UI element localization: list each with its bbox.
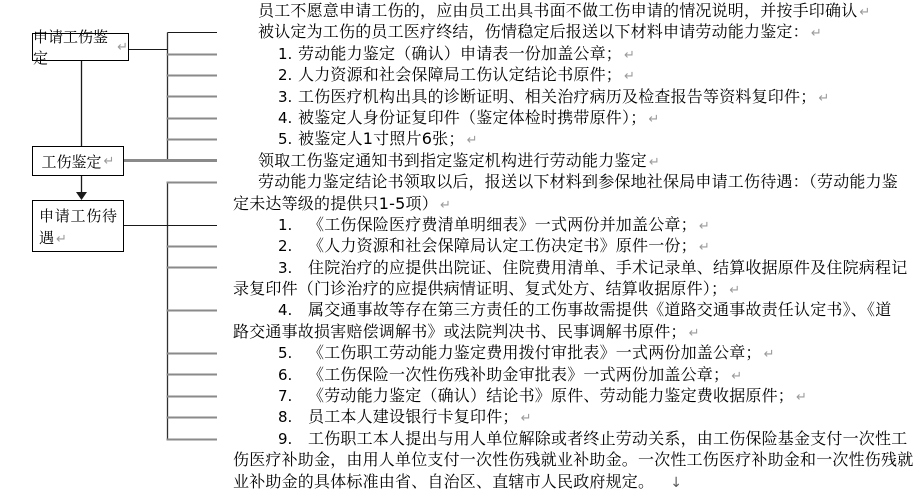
box-label: 申请工伤待遇 bbox=[39, 207, 117, 247]
text-line: 2.《人力资源和社会保障局认定工伤决定书》原件一份；↵ bbox=[233, 235, 916, 256]
paragraph-mark: ↵ bbox=[699, 240, 710, 255]
text-line: 业补助金的具体标准由省、自治区、直辖市人民政府规定。↓ bbox=[233, 471, 916, 492]
line-text: 劳动能力鉴定（确认）申请表一份加盖公章； bbox=[298, 44, 622, 63]
list-number: 1. bbox=[278, 215, 308, 236]
line-text: 《人力资源和社会保障局认定工伤决定书》原件一份； bbox=[308, 236, 697, 255]
text-line: 9.工伤职工本人提出与用人单位解除或者终止劳动关系，由工伤保险基金支付一次性工 bbox=[233, 428, 916, 449]
end-of-text-arrow: ↓ bbox=[670, 475, 682, 491]
text-line: 录复印件（门诊治疗的应提供病情证明、复式处方、结算收据原件）；↵ bbox=[233, 278, 916, 299]
line-text: 人力资源和社会保障局工伤认定结论书原件； bbox=[298, 65, 622, 84]
paragraph-mark: ↵ bbox=[440, 198, 451, 213]
text-line: 4.被鉴定人身份证复印件（鉴定体检时携带原件）；↵ bbox=[233, 107, 916, 128]
paragraph-mark: ↵ bbox=[764, 347, 775, 362]
paragraph-mark: ↵ bbox=[467, 133, 478, 148]
text-line: 3.工伤医疗机构出具的诊断证明、相关治疗病历及检查报告等资料复印件；↵ bbox=[233, 86, 916, 107]
paragraph-mark: ↵ bbox=[689, 326, 700, 341]
paragraph-mark: ↵ bbox=[521, 411, 532, 426]
line-text: 《劳动能力鉴定（确认）结论书》原件、劳动能力鉴定费收据原件； bbox=[308, 386, 794, 405]
line-text: 住院治疗的应提供出院证、住院费用清单、手术记录单、结算收据原件及住院病程记 bbox=[308, 258, 907, 277]
text-line: 5.被鉴定人1寸照片6张；↵ bbox=[233, 128, 916, 149]
document-page: 申请工伤鉴定↵ 工伤鉴定↵ 申请工伤待遇↵ 员工不愿意申请工伤的，应由员工出具书… bbox=[0, 0, 916, 497]
paragraph-mark: ↵ bbox=[104, 154, 115, 169]
line-text: 工伤医疗机构出具的诊断证明、相关治疗病历及检查报告等资料复印件； bbox=[298, 87, 816, 106]
flowchart-box-apply-injury-benefits: 申请工伤待遇↵ bbox=[32, 200, 124, 252]
line-text: 劳动能力鉴定结论书领取以后，报送以下材料到参保地社保局申请工伤待遇：（劳动能力鉴 bbox=[258, 172, 898, 191]
list-number: 7. bbox=[278, 386, 308, 407]
paragraph-mark: ↵ bbox=[624, 69, 635, 84]
text-line: 1.劳动能力鉴定（确认）申请表一份加盖公章；↵ bbox=[233, 43, 916, 64]
list-number: 5. bbox=[278, 129, 298, 150]
line-text: 被鉴定人1寸照片6张； bbox=[298, 129, 465, 148]
paragraph-mark: ↵ bbox=[699, 219, 710, 234]
line-text: 《工伤职工劳动能力鉴定费用拨付审批表》一式两份加盖公章； bbox=[308, 343, 762, 362]
text-line: 路交通事故损害赔偿调解书》或法院判决书、民事调解书原件；↵ bbox=[233, 321, 916, 342]
flowchart-box-apply-injury-assessment: 申请工伤鉴定↵ bbox=[32, 33, 129, 61]
text-line: 2.人力资源和社会保障局工伤认定结论书原件；↵ bbox=[233, 64, 916, 85]
paragraph-mark: ↵ bbox=[859, 5, 870, 20]
text-line: 伤医疗补助金，由用人单位支付一次性伤残就业补助金。一次性工伤医疗补助金和一次性伤… bbox=[233, 449, 916, 470]
text-line: 劳动能力鉴定结论书领取以后，报送以下材料到参保地社保局申请工伤待遇：（劳动能力鉴 bbox=[233, 171, 916, 192]
line-text: 录复印件（门诊治疗的应提供病情证明、复式处方、结算收据原件）； bbox=[233, 279, 727, 298]
box-label: 申请工伤鉴定 bbox=[33, 26, 115, 68]
line-text: 被鉴定人身份证复印件（鉴定体检时携带原件）； bbox=[298, 108, 646, 127]
text-line: 7.《劳动能力鉴定（确认）结论书》原件、劳动能力鉴定费收据原件；↵ bbox=[233, 385, 916, 406]
paragraph-mark: ↵ bbox=[818, 91, 829, 106]
list-number: 3. bbox=[278, 87, 298, 108]
paragraph-mark: ↵ bbox=[56, 232, 67, 247]
line-text: 业补助金的具体标准由省、自治区、直辖市人民政府规定。 bbox=[233, 472, 654, 491]
line-text: 员工本人建设银行卡复印件； bbox=[308, 407, 519, 426]
line-text: 被认定为工伤的员工医疗终结，伤情稳定后报送以下材料申请劳动能力鉴定： bbox=[258, 22, 809, 41]
list-number: 5. bbox=[278, 343, 308, 364]
paragraph-mark: ↵ bbox=[648, 112, 659, 127]
text-line: 被认定为工伤的员工医疗终结，伤情稳定后报送以下材料申请劳动能力鉴定：↵ bbox=[233, 21, 916, 42]
list-number: 2. bbox=[278, 65, 298, 86]
procedure-text-block: 员工不愿意申请工伤的，应由员工出具书面不做工伤申请的情况说明，并按手印确认↵被认… bbox=[233, 0, 916, 492]
paragraph-mark: ↵ bbox=[796, 390, 807, 405]
text-line: 4.属交通事故等存在第三方责任的工伤事故需提供《道路交通事故责任认定书》、《道 bbox=[233, 299, 916, 320]
text-line: 领取工伤鉴定通知书到指定鉴定机构进行劳动能力鉴定↵ bbox=[233, 150, 916, 171]
line-text: 《工伤保险医疗费清单明细表》一式两份并加盖公章； bbox=[308, 215, 697, 234]
list-number: 9. bbox=[278, 429, 308, 450]
line-text: 属交通事故等存在第三方责任的工伤事故需提供《道路交通事故责任认定书》、《道 bbox=[308, 300, 891, 319]
list-number: 3. bbox=[278, 258, 308, 279]
line-text: 路交通事故损害赔偿调解书》或法院判决书、民事调解书原件； bbox=[233, 322, 687, 341]
text-line: 5.《工伤职工劳动能力鉴定费用拨付审批表》一式两份加盖公章；↵ bbox=[233, 342, 916, 363]
paragraph-mark: ↵ bbox=[117, 40, 128, 55]
line-text: 《工伤保险一次性伤残补助金审批表》一式两份加盖公章； bbox=[308, 365, 729, 384]
list-number: 6. bbox=[278, 365, 308, 386]
paragraph-mark: ↵ bbox=[729, 283, 740, 298]
list-number: 1. bbox=[278, 44, 298, 65]
arrow-head bbox=[76, 192, 87, 200]
paragraph-mark: ↵ bbox=[811, 26, 822, 41]
list-number: 4. bbox=[278, 300, 308, 321]
paragraph-mark: ↵ bbox=[624, 48, 635, 63]
text-line: 员工不愿意申请工伤的，应由员工出具书面不做工伤申请的情况说明，并按手印确认↵ bbox=[233, 0, 916, 21]
flowchart-box-injury-assessment: 工伤鉴定↵ bbox=[32, 146, 124, 176]
line-text: 领取工伤鉴定通知书到指定鉴定机构进行劳动能力鉴定 bbox=[258, 151, 647, 170]
line-text: 定未达等级的提供只1-5项） bbox=[233, 194, 438, 213]
line-text: 工伤职工本人提出与用人单位解除或者终止劳动关系，由工伤保险基金支付一次性工 bbox=[308, 429, 907, 448]
text-line: 1.《工伤保险医疗费清单明细表》一式两份并加盖公章；↵ bbox=[233, 214, 916, 235]
list-number: 2. bbox=[278, 236, 308, 257]
line-text: 员工不愿意申请工伤的，应由员工出具书面不做工伤申请的情况说明，并按手印确认 bbox=[258, 1, 857, 20]
list-number: 4. bbox=[278, 108, 298, 129]
text-line: 3.住院治疗的应提供出院证、住院费用清单、手术记录单、结算收据原件及住院病程记 bbox=[233, 257, 916, 278]
text-line: 定未达等级的提供只1-5项）↵ bbox=[233, 193, 916, 214]
list-number: 8. bbox=[278, 407, 308, 428]
line-text: 伤医疗补助金，由用人单位支付一次性伤残就业补助金。一次性工伤医疗补助金和一次性伤… bbox=[233, 450, 913, 469]
paragraph-mark: ↵ bbox=[649, 155, 660, 170]
text-line: 6.《工伤保险一次性伤残补助金审批表》一式两份加盖公章；↵ bbox=[233, 364, 916, 385]
text-line: 8.员工本人建设银行卡复印件；↵ bbox=[233, 406, 916, 427]
box-label: 工伤鉴定 bbox=[42, 151, 102, 172]
paragraph-mark: ↵ bbox=[731, 369, 742, 384]
